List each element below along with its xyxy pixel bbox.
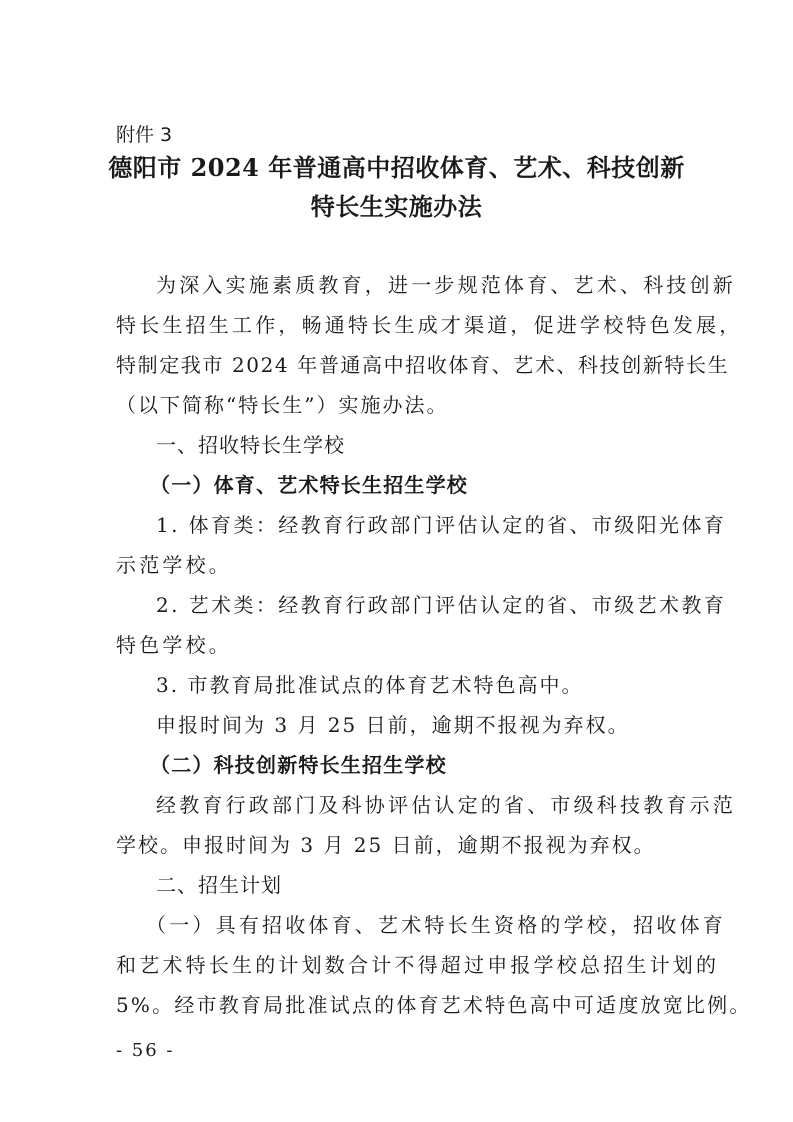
sub2-line-1: 经教育行政部门及科协评估认定的省、市级科技教育示范 [156,793,736,817]
page-number: - 56 - [116,1040,175,1061]
deadline-1: 申报时间为 3 月 25 日前，逾期不报视为弃权。 [156,713,630,737]
document-title-line-2: 特长生实施办法 [0,192,793,222]
item-1-line-2: 示范学校。 [116,553,232,577]
item-3: 3. 市教育局批准试点的体育艺术特色高中。 [156,673,583,697]
item-2-line-2: 特色学校。 [116,633,232,657]
plan-line-3: 5%。经市教育局批准试点的体育艺术特色高中可适度放宽比例。 [116,993,752,1017]
intro-line-3: 特制定我市 2024 年普通高中招收体育、艺术、科技创新特长生 [116,353,729,377]
item-2-line-1: 2. 艺术类：经教育行政部门评估认定的省、市级艺术教育 [156,593,726,617]
item-1-line-1: 1. 体育类：经教育行政部门评估认定的省、市级阳光体育 [156,513,726,537]
attachment-label: 附件 3 [116,123,172,147]
section-heading-2: 二、招生计划 [156,873,282,897]
intro-line-2: 特长生招生工作，畅通特长生成才渠道，促进学校特色发展， [116,313,742,337]
sub2-line-2: 学校。申报时间为 3 月 25 日前，逾期不报视为弃权。 [116,833,656,857]
subsection-heading-1: （一）体育、艺术特长生招生学校 [150,473,468,497]
plan-line-1: （一）具有招收体育、艺术特长生资格的学校，招收体育 [146,913,726,937]
intro-line-1: 为深入实施素质教育，进一步规范体育、艺术、科技创新 [156,273,736,297]
intro-line-4: （以下简称“特长生”）实施办法。 [116,393,448,417]
document-title-line-1: 德阳市 2024 年普通高中招收体育、艺术、科技创新 [0,153,793,183]
subsection-heading-2: （二）科技创新特长生招生学校 [150,753,447,777]
section-heading-1: 一、招收特长生学校 [156,433,345,457]
plan-line-2: 和艺术特长生的计划数合计不得超过申报学校总招生计划的 [116,953,719,977]
